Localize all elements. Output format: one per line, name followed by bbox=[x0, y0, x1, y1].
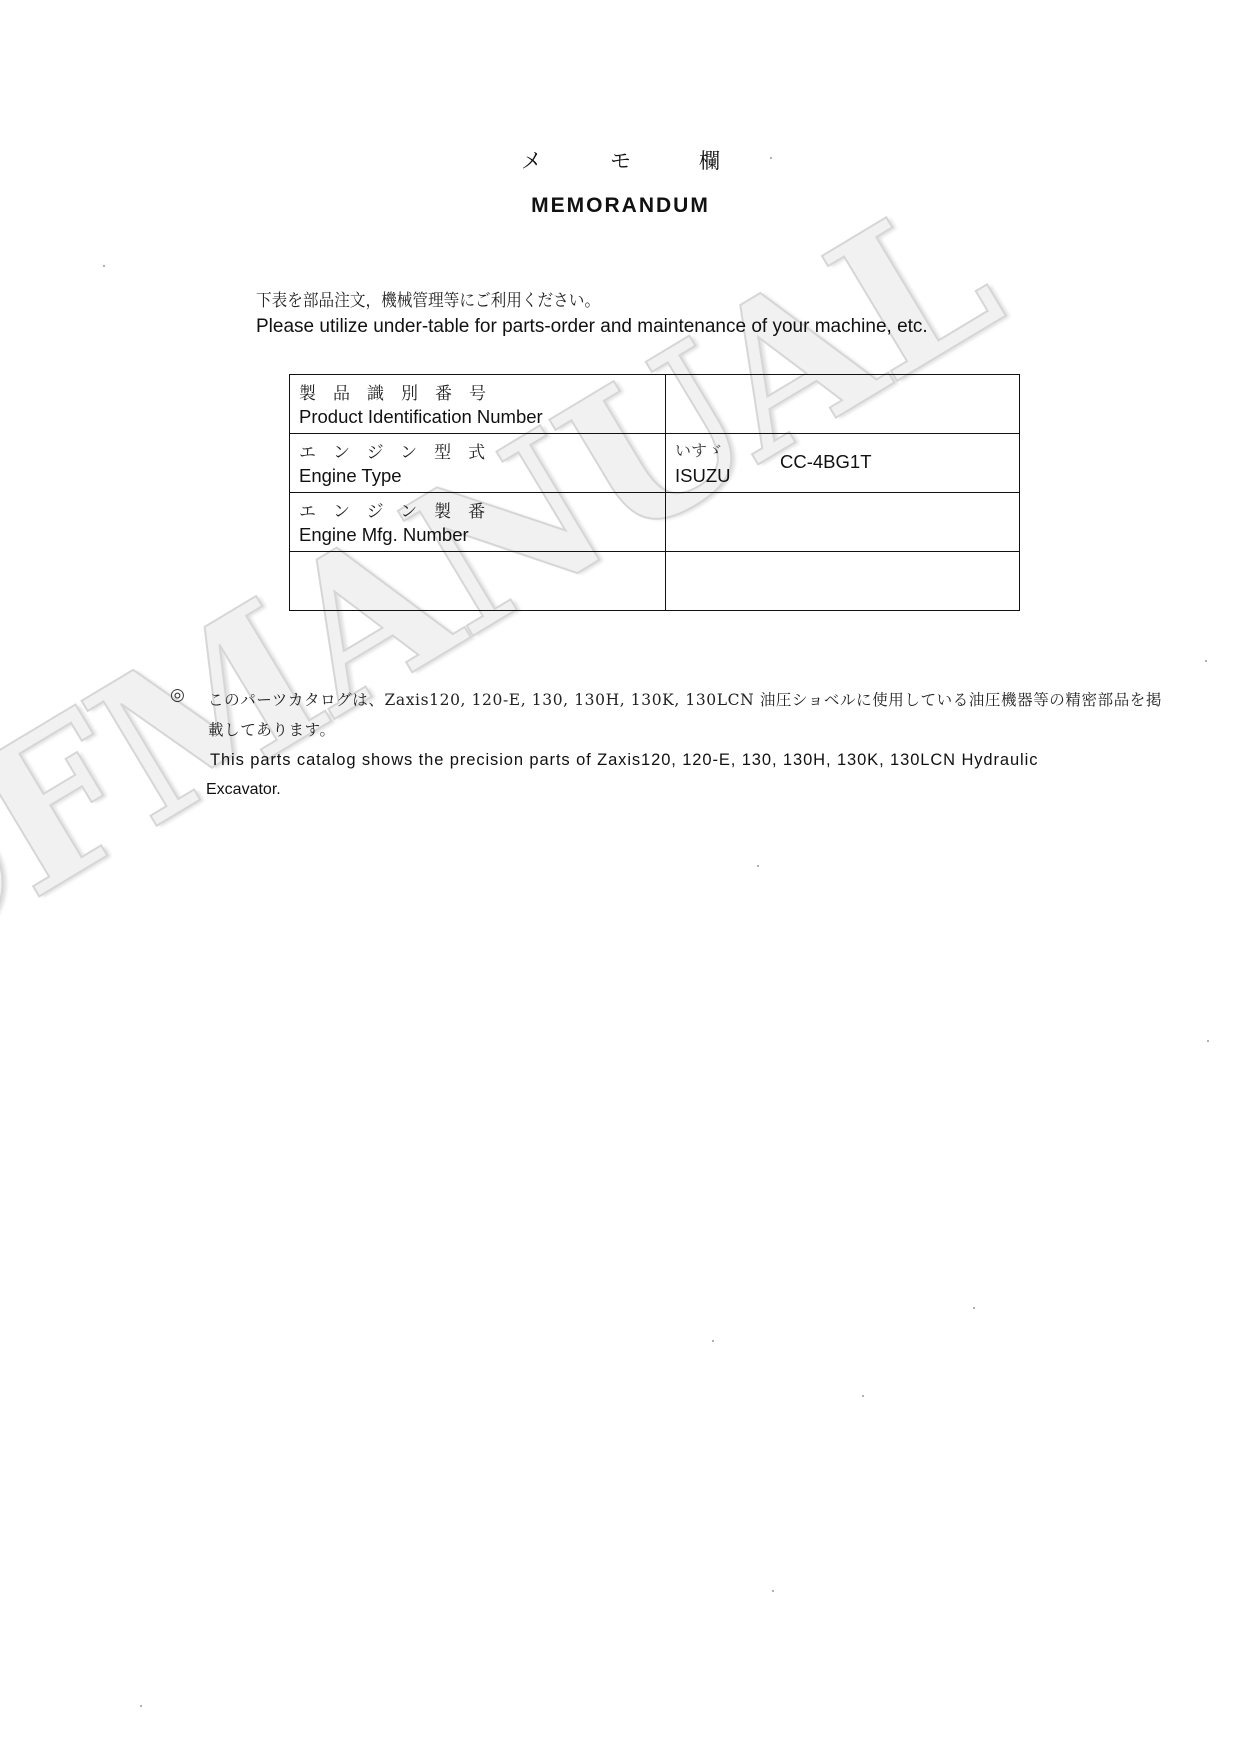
value-cell-product-id[interactable] bbox=[666, 375, 1020, 434]
document-page: OFMANUAL メモ欄 MEMORANDUM 下表を部品注文，機械管理等にご利… bbox=[0, 0, 1241, 1754]
value-model: CC-4BG1T bbox=[780, 451, 872, 473]
table-row: エンジン型式 Engine Type いすゞ ISUZU CC-4BG1T bbox=[290, 434, 1020, 493]
value-jp bbox=[675, 379, 1019, 403]
value-cell-blank[interactable] bbox=[666, 552, 1020, 611]
label-jp: エンジン型式 bbox=[299, 438, 665, 462]
title-jp-char: モ bbox=[610, 145, 631, 175]
scan-speck bbox=[712, 1340, 714, 1342]
value-cell-engine-mfg[interactable] bbox=[666, 493, 1020, 552]
value-jp bbox=[675, 556, 1019, 580]
label-en: Product Identification Number bbox=[299, 406, 665, 428]
value-cell-engine-type[interactable]: いすゞ ISUZU CC-4BG1T bbox=[666, 434, 1020, 493]
memo-table: 製品識別番号 Product Identification Number エンジ… bbox=[289, 374, 1020, 611]
intro-japanese: 下表を部品注文，機械管理等にご利用ください。 bbox=[256, 286, 600, 311]
scan-speck bbox=[770, 157, 772, 159]
label-cell: エンジン型式 Engine Type bbox=[290, 434, 666, 493]
table-row: エンジン製番 Engine Mfg. Number bbox=[290, 493, 1020, 552]
table-row: 製品識別番号 Product Identification Number bbox=[290, 375, 1020, 434]
scan-speck bbox=[757, 865, 759, 867]
scan-speck bbox=[140, 1705, 142, 1707]
label-en: Engine Mfg. Number bbox=[299, 524, 665, 546]
page-title: MEMORANDUM bbox=[0, 194, 1241, 218]
label-cell: エンジン製番 Engine Mfg. Number bbox=[290, 493, 666, 552]
title-jp-char: 欄 bbox=[699, 145, 720, 175]
scan-speck bbox=[1205, 660, 1207, 662]
label-jp bbox=[299, 556, 665, 580]
scan-speck bbox=[862, 1395, 864, 1397]
double-circle-icon: ◎ bbox=[170, 685, 185, 705]
note-english-line1: This parts catalog shows the precision p… bbox=[210, 746, 1140, 774]
table-row bbox=[290, 552, 1020, 611]
value-jp bbox=[675, 497, 1019, 521]
label-en: Engine Type bbox=[299, 465, 665, 487]
label-jp: エンジン製番 bbox=[299, 497, 665, 521]
intro-english: Please utilize under-table for parts-ord… bbox=[256, 316, 928, 338]
note-english-line2: Excavator. bbox=[206, 776, 1136, 804]
label-cell: 製品識別番号 Product Identification Number bbox=[290, 375, 666, 434]
scan-speck bbox=[1207, 1040, 1209, 1042]
scan-speck bbox=[973, 1307, 975, 1309]
label-jp: 製品識別番号 bbox=[299, 379, 665, 403]
scan-speck bbox=[772, 1590, 774, 1592]
label-cell-blank[interactable] bbox=[290, 552, 666, 611]
note-japanese: このパーツカタログは、Zaxis120, 120-E, 130, 130H, 1… bbox=[208, 685, 1168, 745]
scan-speck bbox=[103, 265, 105, 267]
title-jp-char: メ bbox=[521, 145, 542, 175]
title-japanese: メモ欄 bbox=[0, 145, 1241, 175]
